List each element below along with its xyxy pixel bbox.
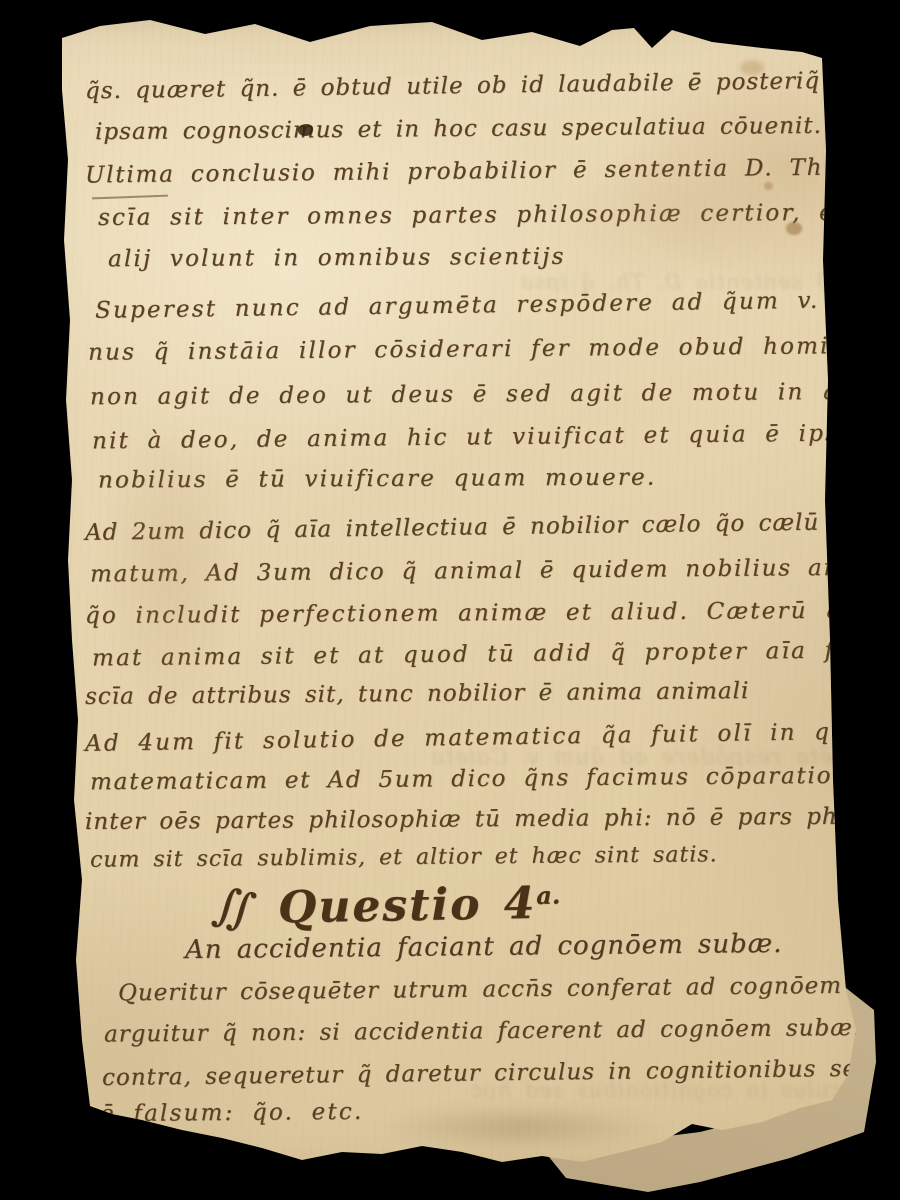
manuscript-line: q̃s. quæret q̃n. ē obtud utile ob id lau… xyxy=(85,66,900,105)
manuscript-line: nit à deo, de anima hic ut viuificat et … xyxy=(92,420,900,455)
question-subheading: An accidentia faciant ad cognōem subæ. xyxy=(185,929,783,965)
manuscript-line: scīa de attribus sit, tunc nobilior ē an… xyxy=(85,678,750,710)
manuscript-line: Ad 2um dico q̃ aīa intellectiua ē nobili… xyxy=(85,508,900,546)
question-number-superscript: a. xyxy=(536,881,560,910)
question-heading-text: Questio 4 xyxy=(278,878,537,934)
manuscript-line: nus q̃ instāia illor cōsiderari fer mode… xyxy=(88,332,900,366)
manuscript-line: cum sit scīa sublimis, et altior et hæc … xyxy=(90,842,718,872)
manuscript-line: Superest nunc ad argumēta respōdere ad q… xyxy=(95,286,900,324)
rust-spot xyxy=(764,182,773,190)
manuscript-line: Ultima conclusio mihi probabilior ē sent… xyxy=(85,154,900,189)
manuscript-line: matematicam et Ad 5um dico q̃ns facimus … xyxy=(90,763,864,796)
underline-flourish xyxy=(92,195,168,200)
manuscript-line: matum, Ad 3um dico q̃ animal ē quidem no… xyxy=(90,555,888,588)
manuscript-line: nobilius ē tū viuificare quam mouere. xyxy=(98,465,656,494)
manuscript-line: ipsam cognoscimus et in hoc casu specula… xyxy=(95,113,822,145)
manuscript-line: mat anima sit et at quod tū adid q̃ prop… xyxy=(92,637,900,672)
manuscript-page: Superest nunc ad argumēta respōdere ad q… xyxy=(0,0,900,1200)
manuscript-line: ē falsum: q̃o. etc. xyxy=(100,1099,364,1127)
manuscript-line: alij volunt in omnibus scientijs xyxy=(108,244,566,272)
paraph-mark: ∬ xyxy=(209,876,261,938)
manuscript-line: Queritur cōsequēter utrum accn̄s confera… xyxy=(118,972,900,1007)
edge-smudge xyxy=(380,1105,660,1149)
manuscript-line: non agit de deo ut deus ē sed agit de mo… xyxy=(90,378,900,410)
manuscript-line: arguitur q̃ non: si accidentia facerent … xyxy=(104,1014,900,1047)
manuscript-line: scīa sit inter omnes partes philosophiæ … xyxy=(98,199,900,231)
manuscript-photo: Superest nunc ad argumēta respōdere ad q… xyxy=(0,0,900,1200)
question-heading: Questio 4a. xyxy=(278,878,561,934)
manuscript-line: inter oēs partes philosophiæ tū media ph… xyxy=(85,803,900,835)
manuscript-line: q̃o includit perfectionem animæ et aliud… xyxy=(85,597,900,629)
